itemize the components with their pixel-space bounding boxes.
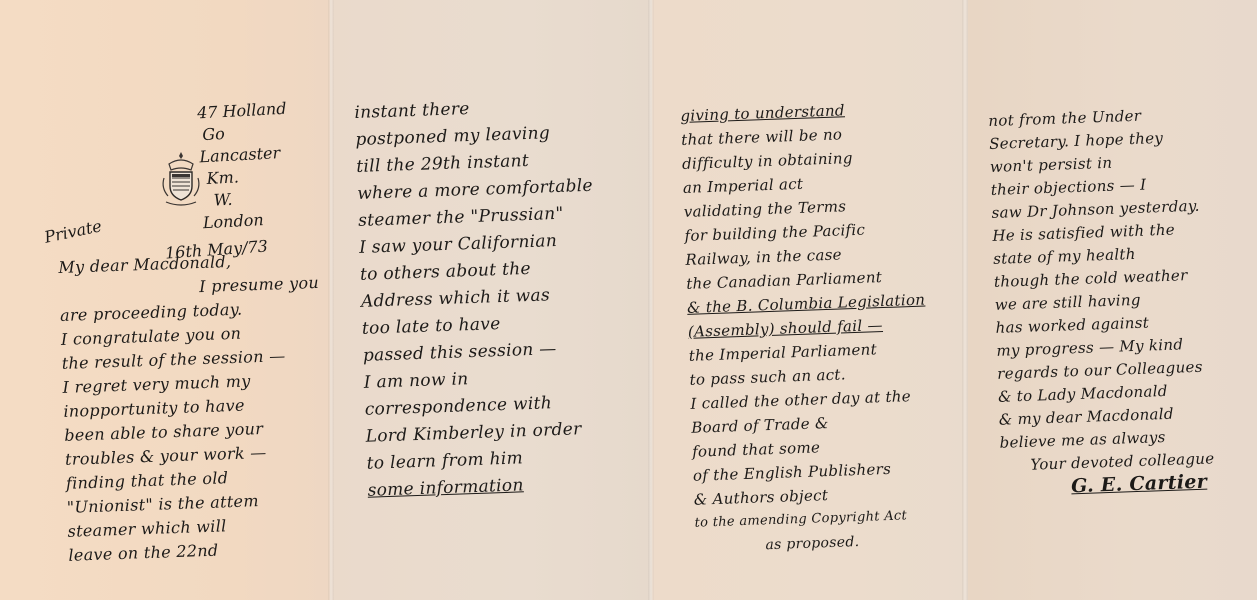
page-fold [648,0,654,600]
letter-body-panel-2: instant there postponed my leaving till … [354,92,604,505]
letter-body-panel-3: giving to understand that there will be … [680,96,934,560]
address-line: Lancaster [199,142,289,169]
sender-address: 47 Holland Go Lancaster Km. W. London [197,98,293,234]
address-line: 47 Holland [197,98,287,125]
text-line: as proposed. [765,527,934,557]
letter-page-2: instant there postponed my leaving till … [330,0,652,600]
address-line: London [202,208,292,235]
margin-note: Private [43,216,104,247]
text-line: I presume you [199,271,320,299]
letter-page-1: 47 Holland Go Lancaster Km. W. London Pr… [0,0,330,600]
letter-document: 47 Holland Go Lancaster Km. W. London Pr… [0,0,1257,600]
letter-page-4: not from the Under Secretary. I hope the… [968,0,1257,600]
letter-body-panel-4: not from the Under Secretary. I hope the… [988,103,1216,501]
letter-page-3: giving to understand that there will be … [652,0,968,600]
page-fold [962,0,968,600]
page-fold [328,0,334,600]
coat-of-arms-icon [160,148,202,208]
letter-body-panel-1: My dear Macdonald, I presume you are pro… [58,247,329,568]
signature: G. E. Cartier [1071,470,1216,498]
